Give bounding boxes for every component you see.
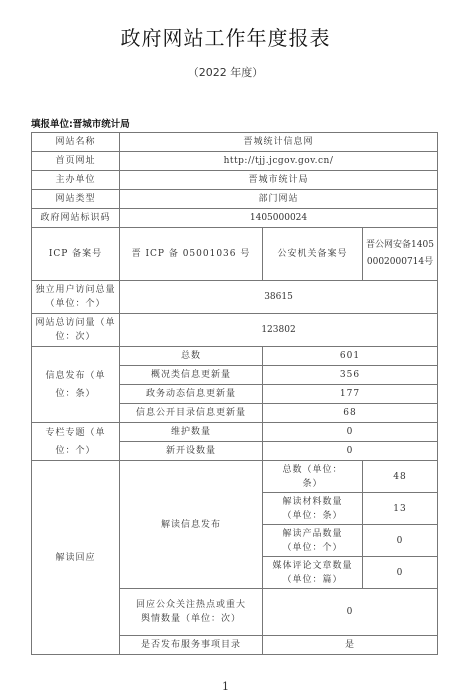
- info-row-label: 政务动态信息更新量: [120, 385, 263, 404]
- columns-row-label: 维护数量: [120, 423, 263, 442]
- site-type-label: 网站类型: [32, 190, 120, 209]
- reporting-unit: 填报单位:晋城市统计局: [31, 116, 130, 130]
- info-row-value: 68: [263, 404, 438, 423]
- columns-label: 专栏专题（单位：个）: [32, 423, 120, 461]
- unique-visitors-label: 独立用户访问总量（单位：个）: [32, 281, 120, 314]
- columns-row-label: 新开设数量: [120, 442, 263, 461]
- columns-row-value: 0: [263, 423, 438, 442]
- site-name-label: 网站名称: [32, 133, 120, 152]
- icp-label: ICP 备案号: [32, 228, 120, 281]
- table-row: 首页网址 http://tjj.jcgov.gov.cn/: [32, 152, 438, 171]
- site-id-label: 政府网站标识码: [32, 209, 120, 228]
- sponsor-label: 主办单位: [32, 171, 120, 190]
- interp-row-label: 总数（单位：条）: [263, 461, 363, 493]
- table-row: 网站总访问量（单位：次） 123802: [32, 314, 438, 347]
- table-row: 专栏专题（单位：个） 维护数量 0: [32, 423, 438, 442]
- police-record-value: 晋公网安备14050002000714号: [363, 228, 438, 281]
- table-row: 网站类型 部门网站: [32, 190, 438, 209]
- site-name-value: 晋城统计信息网: [120, 133, 438, 152]
- response-label: 回应公众关注热点或重大舆情数量（单位：次）: [120, 589, 263, 636]
- report-year: （2022 年度）: [0, 64, 451, 80]
- service-catalog-label: 是否发布服务事项目录: [120, 636, 263, 655]
- site-id-value: 1405000024: [120, 209, 438, 228]
- page-number: 1: [0, 680, 451, 693]
- table-row: 独立用户访问总量（单位：个） 38615: [32, 281, 438, 314]
- info-row-value: 177: [263, 385, 438, 404]
- interp-row-label: 解读材料数量（单位：条）: [263, 493, 363, 525]
- page-title: 政府网站工作年度报表: [0, 22, 451, 51]
- info-row-label: 信息公开目录信息更新量: [120, 404, 263, 423]
- interp-row-value: 13: [363, 493, 438, 525]
- info-publish-label: 信息发布（单位：条）: [32, 347, 120, 423]
- interp-row-value: 0: [363, 525, 438, 557]
- interp-row-label: 解读产品数量（单位：个）: [263, 525, 363, 557]
- sponsor-value: 晋城市统计局: [120, 171, 438, 190]
- report-table: 网站名称 晋城统计信息网 首页网址 http://tjj.jcgov.gov.c…: [31, 132, 438, 655]
- service-catalog-value: 是: [263, 636, 438, 655]
- table-row: 政府网站标识码 1405000024: [32, 209, 438, 228]
- info-row-value: 601: [263, 347, 438, 366]
- table-row: 解读回应 解读信息发布 总数（单位：条） 48: [32, 461, 438, 493]
- interp-row-value: 0: [363, 557, 438, 589]
- interpretation-sub-label: 解读信息发布: [120, 461, 263, 589]
- table-row: 主办单位 晋城市统计局: [32, 171, 438, 190]
- columns-row-value: 0: [263, 442, 438, 461]
- icp-value: 晋 ICP 备 05001036 号: [120, 228, 263, 281]
- info-row-value: 356: [263, 366, 438, 385]
- interp-row-value: 48: [363, 461, 438, 493]
- homepage-value: http://tjj.jcgov.gov.cn/: [120, 152, 438, 171]
- info-row-label: 概况类信息更新量: [120, 366, 263, 385]
- info-row-label: 总数: [120, 347, 263, 366]
- unique-visitors-value: 38615: [120, 281, 438, 314]
- total-visits-value: 123802: [120, 314, 438, 347]
- table-row: 网站名称 晋城统计信息网: [32, 133, 438, 152]
- interpretation-label: 解读回应: [32, 461, 120, 655]
- police-record-label: 公安机关备案号: [263, 228, 363, 281]
- total-visits-label: 网站总访问量（单位：次）: [32, 314, 120, 347]
- response-value: 0: [263, 589, 438, 636]
- homepage-label: 首页网址: [32, 152, 120, 171]
- table-row: 信息发布（单位：条） 总数 601: [32, 347, 438, 366]
- table-row: ICP 备案号 晋 ICP 备 05001036 号 公安机关备案号 晋公网安备…: [32, 228, 438, 281]
- site-type-value: 部门网站: [120, 190, 438, 209]
- interp-row-label: 媒体评论文章数量（单位：篇）: [263, 557, 363, 589]
